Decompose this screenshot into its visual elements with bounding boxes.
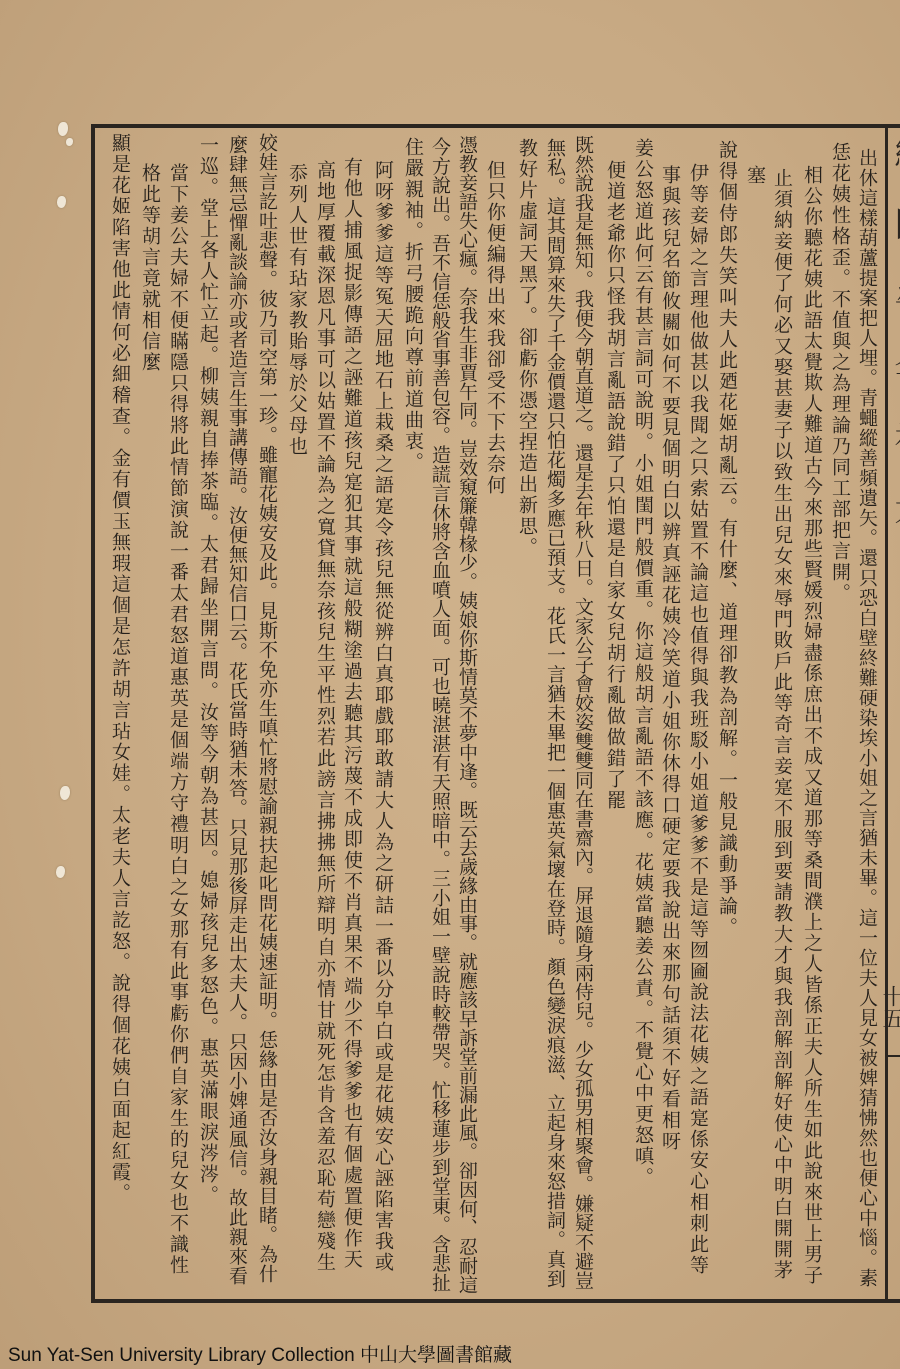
- text-column: 憑教妾語失心瘋。奈我生非賈午同。豈效窺簾韓椽少。姨娘你斯情莫不夢中逢。既云去歲緣…: [455, 135, 479, 1294]
- binding-hole: [56, 866, 65, 878]
- text-column: 住嚴親袖。折弓腰跪向尊前道曲衷。: [401, 137, 425, 473]
- binding-hole: [60, 786, 70, 800]
- text-column: 既然說我是無知。我便今朝直道之。還是去年秋八日。文家公子會姣姿雙雙同在書齋內。屏…: [571, 135, 595, 1290]
- fold-margin: 紬閆牟伞福才: [886, 128, 900, 578]
- page-number-area: 十五: [876, 985, 900, 1045]
- text-column: 伊等妾婦之言理他做甚以我聞之只索姑置不論這也值得與我班駁小姐道爹爹不是這等囫圇說…: [686, 163, 710, 1276]
- text-column: 說得個侍郎失笑叫夫人此廼花姬胡亂云。有什麼、道理卻教為剖解。一般見識動爭論。: [715, 140, 739, 938]
- text-column: 恁花姨性格歪。不值與之為理論乃同工部把言開。: [828, 142, 852, 604]
- text-column: 姣娃言訖吐悲聲。彼乃司空第一珍。雖寵花姨安及此。見斯不免亦生嗔忙將慰諭親扶起叱問…: [255, 133, 279, 1284]
- text-column: 塞: [743, 165, 767, 186]
- text-column: 高地厚覆載深恩凡事可以姑置不論為之寬貸無奈孩兒生平性烈若此謗言拂拂無所辯明自亦情…: [313, 160, 337, 1273]
- margin-fishtail-rule: [885, 1055, 900, 1057]
- text-column: 麼肆無忌憚亂談論亦或者造言生事講傳語。汝便無知信口云。花氏當時猶未答。只見那後屏…: [225, 135, 249, 1286]
- text-column: 無私。這其間算來失了千金價還只怕花燭多應已預支。花氏一言猶未畢把一個惠英氣壞在登…: [543, 138, 567, 1289]
- text-column: 顯是花姬陷害他此情何必細稽查。金有價玉無瑕這個是怎許胡言玷女娃。太老夫人言訖怒。…: [108, 133, 132, 1204]
- text-column: 教好片虛詞天黑了。卻虧你憑空捏造出新思。: [515, 138, 539, 558]
- binding-hole: [58, 122, 68, 136]
- text-column: 出休這樣葫蘆提案把人埋。青蠅縱善頻遺矢。還只恐白壁終難硬染埃小姐之言猶未畢。這一…: [855, 148, 879, 1288]
- page-number: 十五: [878, 985, 900, 1029]
- text-column: 格此等胡言竟就相信麼: [138, 163, 162, 373]
- text-column: 事與孩兒名節攸關如何不要見個明白以辨真誣花姨冷笑道小姐你休得口硬定要我說出來那句…: [658, 165, 682, 1152]
- text-column: 當下姜公夫婦不便瞞隱只得將此情節演說一番太君怒道惠英是個端方守禮明白之女那有此事…: [166, 163, 190, 1276]
- text-column: 止須納妾便了何必又娶甚妻子以致生出兒女來辱門敗戶此等奇言妾寔不服到要請教大才與我…: [770, 168, 794, 1281]
- frame-bottom-rule: [91, 1299, 900, 1303]
- text-column: 一巡。堂上各人忙立起。柳姨親自捧茶臨。太君歸坐開言問。汝等今朝為甚因。媳婦孩兒多…: [196, 135, 220, 1206]
- text-column: 相公你聽花姨此語太覺欺人難道古今來那些賢媛烈婦盡係庶出不成又道那等桑間濮上之人皆…: [800, 165, 824, 1286]
- text-column: 姜公怒道此何云有甚言詞可說明。小姐閨門般價重。你這般胡言亂語不該應。花姨當聽姜公…: [631, 138, 655, 1188]
- text-column: 有他人捕風捉影傳語之誣難道孩兒寔犯其事就這般糊塗過去聽其污蔑不成即使不肖真果不端…: [340, 157, 364, 1270]
- text-column: 忝列人世有玷家教貽辱於父母也: [285, 163, 309, 457]
- binding-hole: [57, 196, 66, 208]
- text-column: 阿呀爹爹這等冤天屈地石上栽桑之語寔令孩兒無從辨白真耶戲耶敢請大人為之研詰一番以分…: [371, 160, 395, 1273]
- text-column: 今方說出。吾不信恁般省事善包容。造謊言休將含血噴人面。可也曉湛湛有天照暗中。三小…: [428, 137, 452, 1292]
- binding-hole: [66, 138, 73, 146]
- collection-caption: Sun Yat-Sen University Library Collectio…: [8, 1340, 512, 1367]
- margin-title: 紬閆牟伞福才: [888, 134, 900, 566]
- text-column: 但只你便編得出來我卻受不下去奈何: [483, 160, 507, 496]
- text-column: 便道老爺你只怪我胡言亂語說錯了只怕還是自家女兒胡行亂做做錯了罷: [603, 160, 627, 811]
